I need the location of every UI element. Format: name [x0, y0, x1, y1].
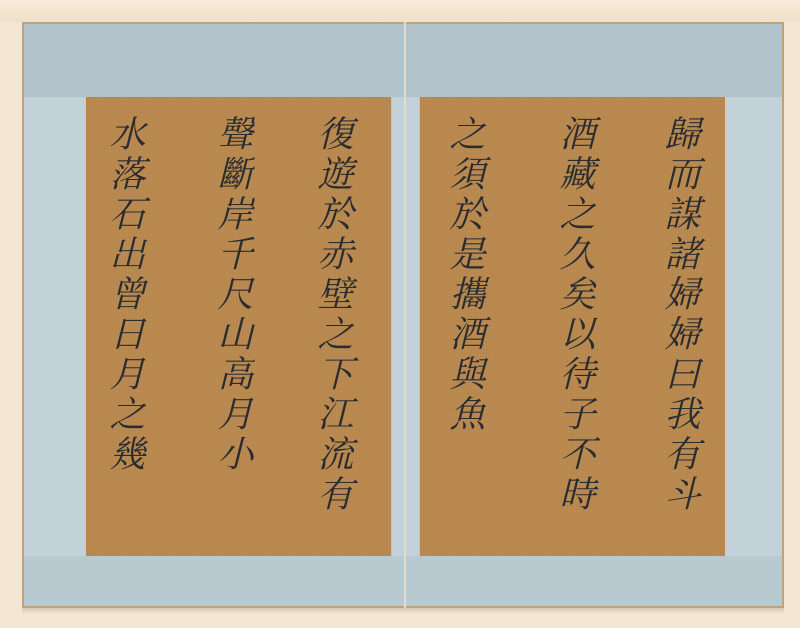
mount-border-side — [24, 97, 86, 556]
album-shadow — [22, 608, 784, 614]
mount-border-side — [406, 97, 419, 556]
mount-border-bottom — [406, 556, 782, 606]
text-column: 酒藏之久矣以待子不時 — [550, 115, 598, 515]
text-column: 水落石出曾日月之幾 — [100, 115, 148, 475]
calligraphy-panel-left: 復遊於赤壁之下江流有 聲斷岸千尺山高月小 水落石出曾日月之幾 — [86, 97, 391, 556]
text-column: 之須於是攜酒與魚 — [440, 115, 488, 435]
center-fold — [404, 22, 406, 608]
text-column: 復遊於赤壁之下江流有 — [308, 115, 356, 515]
mount-border-bottom — [24, 556, 405, 606]
mount-border-top — [24, 24, 405, 97]
text-column: 歸而謀諸婦婦曰我有斗 — [655, 115, 703, 515]
calligraphy-panel-right: 歸而謀諸婦婦曰我有斗 酒藏之久矣以待子不時 之須於是攜酒與魚 — [420, 97, 725, 556]
mount-border-side — [725, 97, 782, 556]
mount-border-top — [406, 24, 782, 97]
backdrop — [0, 0, 800, 22]
text-column: 聲斷岸千尺山高月小 — [208, 115, 256, 475]
